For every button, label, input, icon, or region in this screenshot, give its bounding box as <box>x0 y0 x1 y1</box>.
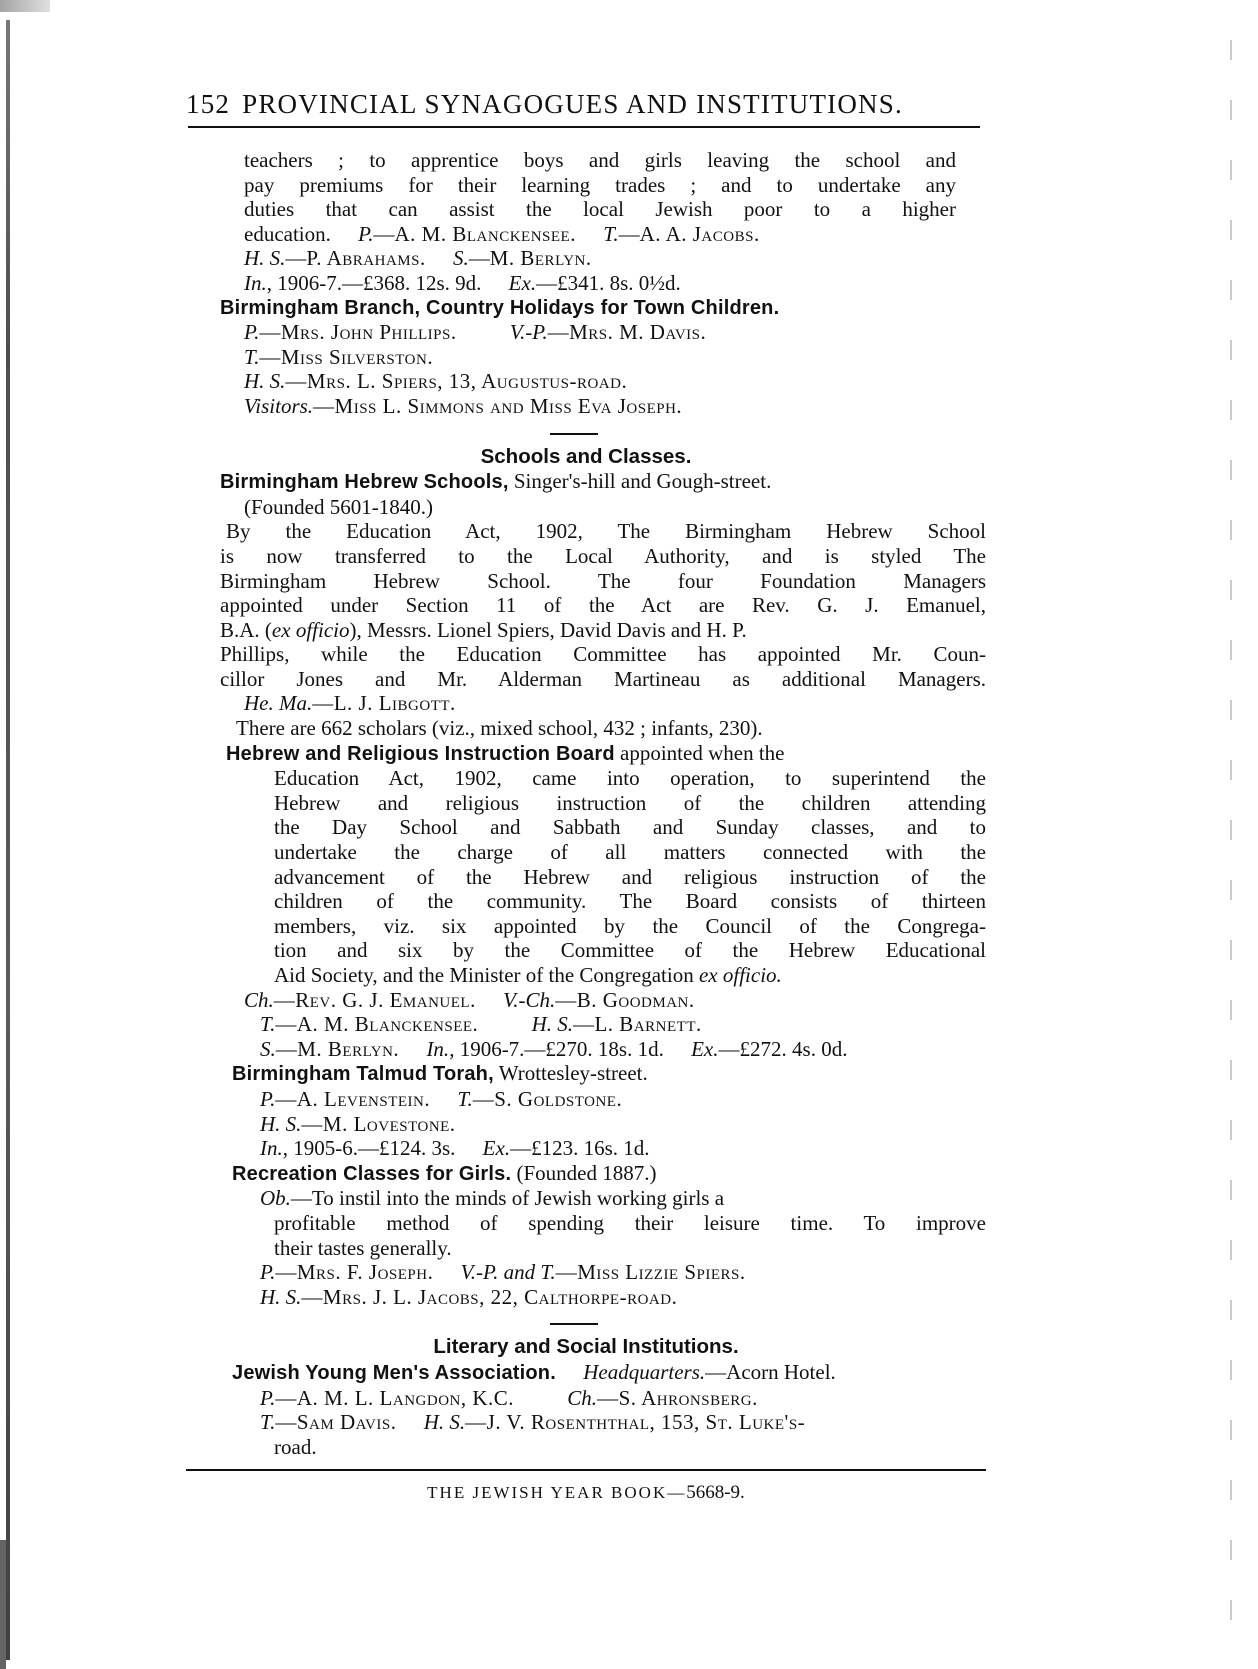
officers-line: P.—A. Levenstein. T.—S. Goldstone. <box>186 1087 986 1112</box>
text-line: children of the community. The Board con… <box>186 889 986 914</box>
entry-heading: Birmingham Hebrew Schools, <box>220 471 509 493</box>
section-title-literary: Literary and Social Institutions. <box>186 1335 986 1360</box>
header-rule <box>188 126 980 128</box>
footer-year: 5668-9. <box>686 1482 745 1503</box>
treasurer-secretary-line: T.—Sam Davis. H. S.—J. V. Rosenththal, 1… <box>186 1410 986 1435</box>
text-line: Hebrew and religious instruction of the … <box>186 791 986 816</box>
text-line: Education Act, 1902, came into operation… <box>186 766 986 791</box>
secretaries-line: H. S.—P. Abrahams. S.—M. Berlyn. <box>186 246 986 271</box>
officers-line: education. P.—A. M. Blanckensee. T.—A. A… <box>186 222 986 247</box>
talmud-torah-entry: Birmingham Talmud Torah, Wrottesley-stre… <box>186 1061 986 1160</box>
text-line: advancement of the Hebrew and religious … <box>186 865 986 890</box>
entry-heading: Recreation Classes for Girls. <box>232 1163 511 1185</box>
text-line: tion and six by the Committee of the Heb… <box>186 938 986 963</box>
president-name: A. M. Blanckensee. <box>395 222 576 246</box>
finance-line: In., 1906-7.—£368. 12s. 9d. Ex.—£341. 8s… <box>186 271 986 296</box>
page-number: 152 <box>186 86 230 122</box>
president-label: P. <box>358 222 373 246</box>
income-label: In. <box>244 271 267 295</box>
expenditure-label: Ex. <box>509 271 536 295</box>
scan-artifact-top <box>0 0 50 12</box>
entry-heading-line: Jewish Young Men's Association. Headquar… <box>186 1360 986 1386</box>
treasurer-label: T. <box>603 222 618 246</box>
text-line: cillor Jones and Mr. Alderman Martineau … <box>186 667 986 692</box>
country-holidays-entry: Birmingham Branch, Country Holidays for … <box>186 296 986 419</box>
treasurer-name: A. A. Jacobs. <box>640 222 760 246</box>
running-head-title: PROVINCIAL SYNAGOGUES AND INSTITUTIONS. <box>242 86 903 122</box>
section-divider <box>550 1323 598 1325</box>
text-line: members, viz. six appointed by the Counc… <box>186 914 986 939</box>
text-line: the Day School and Sabbath and Sunday cl… <box>186 815 986 840</box>
recreation-classes-entry: Recreation Classes for Girls. (Founded 1… <box>186 1161 986 1310</box>
section-title-schools: Schools and Classes. <box>186 445 986 470</box>
entry-heading: Birmingham Talmud Torah, <box>232 1063 494 1085</box>
entry-heading: Birmingham Branch, Country Holidays for … <box>186 296 986 321</box>
page-body: teachers ; to apprentice boys and girls … <box>186 148 986 1506</box>
text-line: teachers ; to apprentice boys and girls … <box>186 148 956 173</box>
treasurer-line: T.—A. M. Blanckensee. H. S.—L. Barnett. <box>186 1012 986 1037</box>
chairman-line: Ch.—Rev. G. J. Emanuel. V.-Ch.—B. Goodma… <box>186 988 986 1013</box>
secretary-name: M. Berlyn. <box>490 246 592 270</box>
visitors-line: Visitors.—Miss L. Simmons and Miss Eva J… <box>186 394 986 419</box>
expenditure-value: —£341. 8s. 0½d. <box>536 271 681 295</box>
text-line: pay premiums for their learning trades ;… <box>186 173 956 198</box>
text-line: B.A. (ex officio), Messrs. Lionel Spiers… <box>186 618 986 643</box>
running-head: 152 PROVINCIAL SYNAGOGUES AND INSTITUTIO… <box>186 86 986 122</box>
entry-heading-line: Birmingham Hebrew Schools, Singer's-hill… <box>186 469 986 495</box>
text-line: road. <box>186 1435 986 1460</box>
instruction-board-entry: Hebrew and Religious Instruction Board a… <box>186 741 986 1062</box>
text-line: By the Education Act, 1902, The Birmingh… <box>186 519 986 544</box>
entry-heading: Jewish Young Men's Association. <box>232 1362 556 1384</box>
page-footer: THE JEWISH YEAR BOOK—5668-9. <box>186 1481 986 1506</box>
object-line: Ob.—To instil into the minds of Jewish w… <box>186 1186 986 1211</box>
hon-secretary-label: H. S. <box>244 246 285 270</box>
ymca-entry: Jewish Young Men's Association. Headquar… <box>186 1360 986 1459</box>
document-page: 152 PROVINCIAL SYNAGOGUES AND INSTITUTIO… <box>186 86 986 1506</box>
secretary-label: S. <box>453 246 469 270</box>
officers-line: P.—Mrs. John Phillips. V.-P.—Mrs. M. Dav… <box>186 320 986 345</box>
text-line: appointed under Section 11 of the Act ar… <box>186 593 986 618</box>
text-line: is now transferred to the Local Authorit… <box>186 544 986 569</box>
entry-heading-line: Birmingham Talmud Torah, Wrottesley-stre… <box>186 1061 986 1087</box>
secretary-finance-line: S.—M. Berlyn. In., 1906-7.—£270. 18s. 1d… <box>186 1037 986 1062</box>
finance-line: In., 1905-6.—£124. 3s. Ex.—£123. 16s. 1d… <box>186 1136 986 1161</box>
text-line: Phillips, while the Education Committee … <box>186 642 986 667</box>
text-line: profitable method of spending their leis… <box>186 1211 986 1236</box>
treasurer-line: T.—Miss Silverston. <box>186 345 986 370</box>
hebrew-schools-entry: Birmingham Hebrew Schools, Singer's-hill… <box>186 469 986 741</box>
income-value: , 1906-7.—£368. 12s. 9d. <box>267 271 482 295</box>
footer-rule <box>186 1469 986 1471</box>
text-line: duties that can assist the local Jewish … <box>186 197 956 222</box>
text-line: undertake the charge of all matters conn… <box>186 840 986 865</box>
hon-secretary-line: H. S.—Mrs. L. Spiers, 13, Augustus-road. <box>186 369 986 394</box>
scan-artifact-left-edge <box>6 20 10 1660</box>
officers-line: P.—Mrs. F. Joseph. V.-P. and T.—Miss Liz… <box>186 1260 986 1285</box>
officers-line: P.—A. M. L. Langdon, K.C. Ch.—S. Ahronsb… <box>186 1386 986 1411</box>
head-master-line: He. Ma.—L. J. Libgott. <box>186 691 986 716</box>
entry-heading-line: Hebrew and Religious Instruction Board a… <box>186 741 986 767</box>
founded-line: (Founded 5601-1840.) <box>186 495 986 520</box>
text-line: Aid Society, and the Minister of the Con… <box>186 963 986 988</box>
hon-secretary-name: P. Abrahams. <box>306 246 425 270</box>
section-divider <box>550 433 598 435</box>
scan-artifact-bottom-left <box>0 1540 6 1669</box>
footer-title: THE JEWISH YEAR BOOK— <box>427 1483 686 1502</box>
continuation-entry: teachers ; to apprentice boys and girls … <box>186 148 986 296</box>
entry-heading-line: Recreation Classes for Girls. (Founded 1… <box>186 1161 986 1187</box>
hon-secretary-line: H. S.—M. Lovestone. <box>186 1112 986 1137</box>
hon-secretary-line: H. S.—Mrs. J. L. Jacobs, 22, Calthorpe-r… <box>186 1285 986 1310</box>
scholars-line: There are 662 scholars (viz., mixed scho… <box>186 716 986 741</box>
entry-heading: Hebrew and Religious Instruction Board <box>226 743 615 765</box>
text-line: Birmingham Hebrew School. The four Found… <box>186 569 986 594</box>
text-line: their tastes generally. <box>186 1236 986 1261</box>
scan-artifact-right-edge <box>1230 40 1232 1640</box>
